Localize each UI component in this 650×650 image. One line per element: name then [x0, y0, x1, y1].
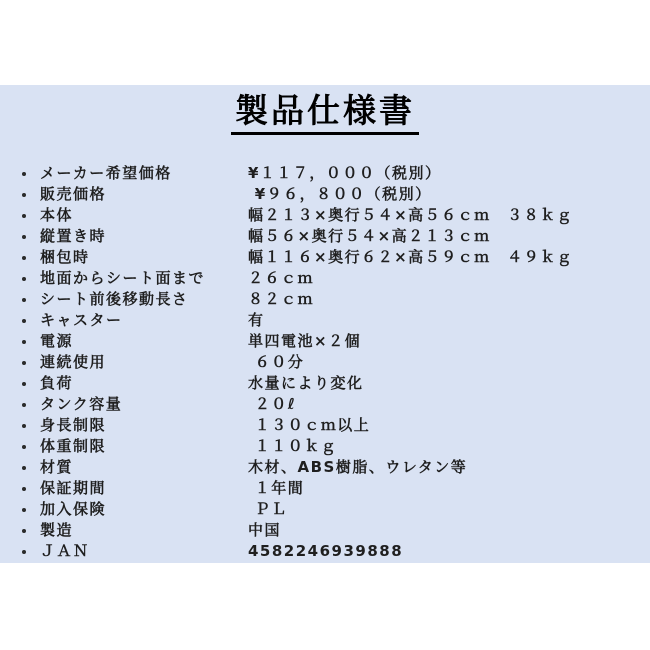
spec-value: 有: [248, 310, 265, 331]
spec-row: キャスター 有: [0, 310, 650, 331]
spec-row: 販売価格 ¥９６，８００（税別）: [0, 184, 650, 205]
spec-label: 連続使用: [40, 352, 106, 373]
bullet-icon: [22, 235, 26, 239]
spec-label: シート前後移動長さ: [40, 289, 189, 310]
spec-row: シート前後移動長さ ８２ｃｍ: [0, 289, 650, 310]
spec-label: 梱包時: [40, 247, 90, 268]
spec-label: ＪＡＮ: [40, 541, 90, 562]
bullet-icon: [22, 319, 26, 323]
spec-label: 保証期間: [40, 478, 106, 499]
title-container: 製品仕様書: [0, 85, 650, 135]
spec-row: 電源 単四電池×２個: [0, 331, 650, 352]
spec-label: 負荷: [40, 373, 73, 394]
spec-value: ¥１１７，０００（税別）: [248, 163, 441, 184]
bullet-icon: [22, 403, 26, 407]
spec-value: ６０分: [248, 352, 304, 373]
bullet-icon: [22, 424, 26, 428]
bullet-icon: [22, 487, 26, 491]
bullet-icon: [22, 550, 26, 554]
spec-sheet-page: 製品仕様書 メーカー希望価格 ¥１１７，０００（税別） 販売価格 ¥９６，８００…: [0, 0, 650, 650]
spec-panel: 製品仕様書 メーカー希望価格 ¥１１７，０００（税別） 販売価格 ¥９６，８００…: [0, 85, 650, 563]
spec-value: 幅５６×奥行５４×高２１３ｃｍ: [248, 226, 491, 247]
spec-row: 材質 木材、ABS樹脂、ウレタン等: [0, 457, 650, 478]
spec-label: メーカー希望価格: [40, 163, 172, 184]
spec-value: ２６ｃｍ: [248, 268, 314, 289]
spec-label: タンク容量: [40, 394, 122, 415]
page-title: 製品仕様書: [231, 90, 419, 135]
spec-label: キャスター: [40, 310, 123, 331]
spec-label: 本体: [40, 205, 73, 226]
spec-value: ＰＬ: [248, 499, 288, 520]
bullet-icon: [22, 361, 26, 365]
spec-value: １年間: [248, 478, 304, 499]
bullet-icon: [22, 445, 26, 449]
bullet-icon: [22, 214, 26, 218]
spec-row: 梱包時 幅１１６×奥行６２×高５９ｃｍ ４９ｋｇ: [0, 247, 650, 268]
spec-label: 体重制限: [40, 436, 106, 457]
spec-label: 製造: [40, 520, 73, 541]
spec-value: ２０ℓ: [248, 394, 296, 415]
spec-label: 電源: [40, 331, 73, 352]
spec-row: 保証期間 １年間: [0, 478, 650, 499]
bullet-icon: [22, 193, 26, 197]
spec-row: 本体 幅２１３×奥行５４×高５６ｃｍ ３８ｋｇ: [0, 205, 650, 226]
spec-row: メーカー希望価格 ¥１１７，０００（税別）: [0, 163, 650, 184]
spec-value: １３０ｃｍ以上: [248, 415, 370, 436]
spec-value: 4582246939888: [248, 541, 403, 562]
spec-label: 販売価格: [40, 184, 106, 205]
spec-row: 負荷 水量により変化: [0, 373, 650, 394]
spec-value: 幅１１６×奥行６２×高５９ｃｍ ４９ｋｇ: [248, 247, 573, 268]
spec-label: 材質: [40, 457, 73, 478]
bullet-icon: [22, 172, 26, 176]
spec-row: 身長制限 １３０ｃｍ以上: [0, 415, 650, 436]
bullet-icon: [22, 466, 26, 470]
spec-value: 単四電池×２個: [248, 331, 361, 352]
bullet-icon: [22, 298, 26, 302]
spec-value: ¥９６，８００（税別）: [248, 184, 432, 205]
spec-row: 縦置き時 幅５６×奥行５４×高２１３ｃｍ: [0, 226, 650, 247]
bullet-icon: [22, 256, 26, 260]
spec-value: ８２ｃｍ: [248, 289, 314, 310]
spec-value: 中国: [248, 520, 281, 541]
spec-label: 身長制限: [40, 415, 106, 436]
bullet-icon: [22, 529, 26, 533]
spec-list: メーカー希望価格 ¥１１７，０００（税別） 販売価格 ¥９６，８００（税別） 本…: [0, 163, 650, 562]
bullet-icon: [22, 277, 26, 281]
spec-row: 地面からシート面まで ２６ｃｍ: [0, 268, 650, 289]
spec-value: 水量により変化: [248, 373, 364, 394]
spec-value: 木材、ABS樹脂、ウレタン等: [248, 457, 467, 478]
bullet-icon: [22, 382, 26, 386]
spec-label: 地面からシート面まで: [40, 268, 205, 289]
spec-row: 製造 中国: [0, 520, 650, 541]
spec-row: 体重制限 １１０ｋｇ: [0, 436, 650, 457]
spec-value: １１０ｋｇ: [248, 436, 337, 457]
spec-row: タンク容量 ２０ℓ: [0, 394, 650, 415]
spec-row: 加入保険 ＰＬ: [0, 499, 650, 520]
spec-row: ＪＡＮ 4582246939888: [0, 541, 650, 562]
bullet-icon: [22, 508, 26, 512]
spec-value: 幅２１３×奥行５４×高５６ｃｍ ３８ｋｇ: [248, 205, 573, 226]
spec-label: 加入保険: [40, 499, 106, 520]
bullet-icon: [22, 340, 26, 344]
spec-label: 縦置き時: [40, 226, 106, 247]
spec-row: 連続使用 ６０分: [0, 352, 650, 373]
